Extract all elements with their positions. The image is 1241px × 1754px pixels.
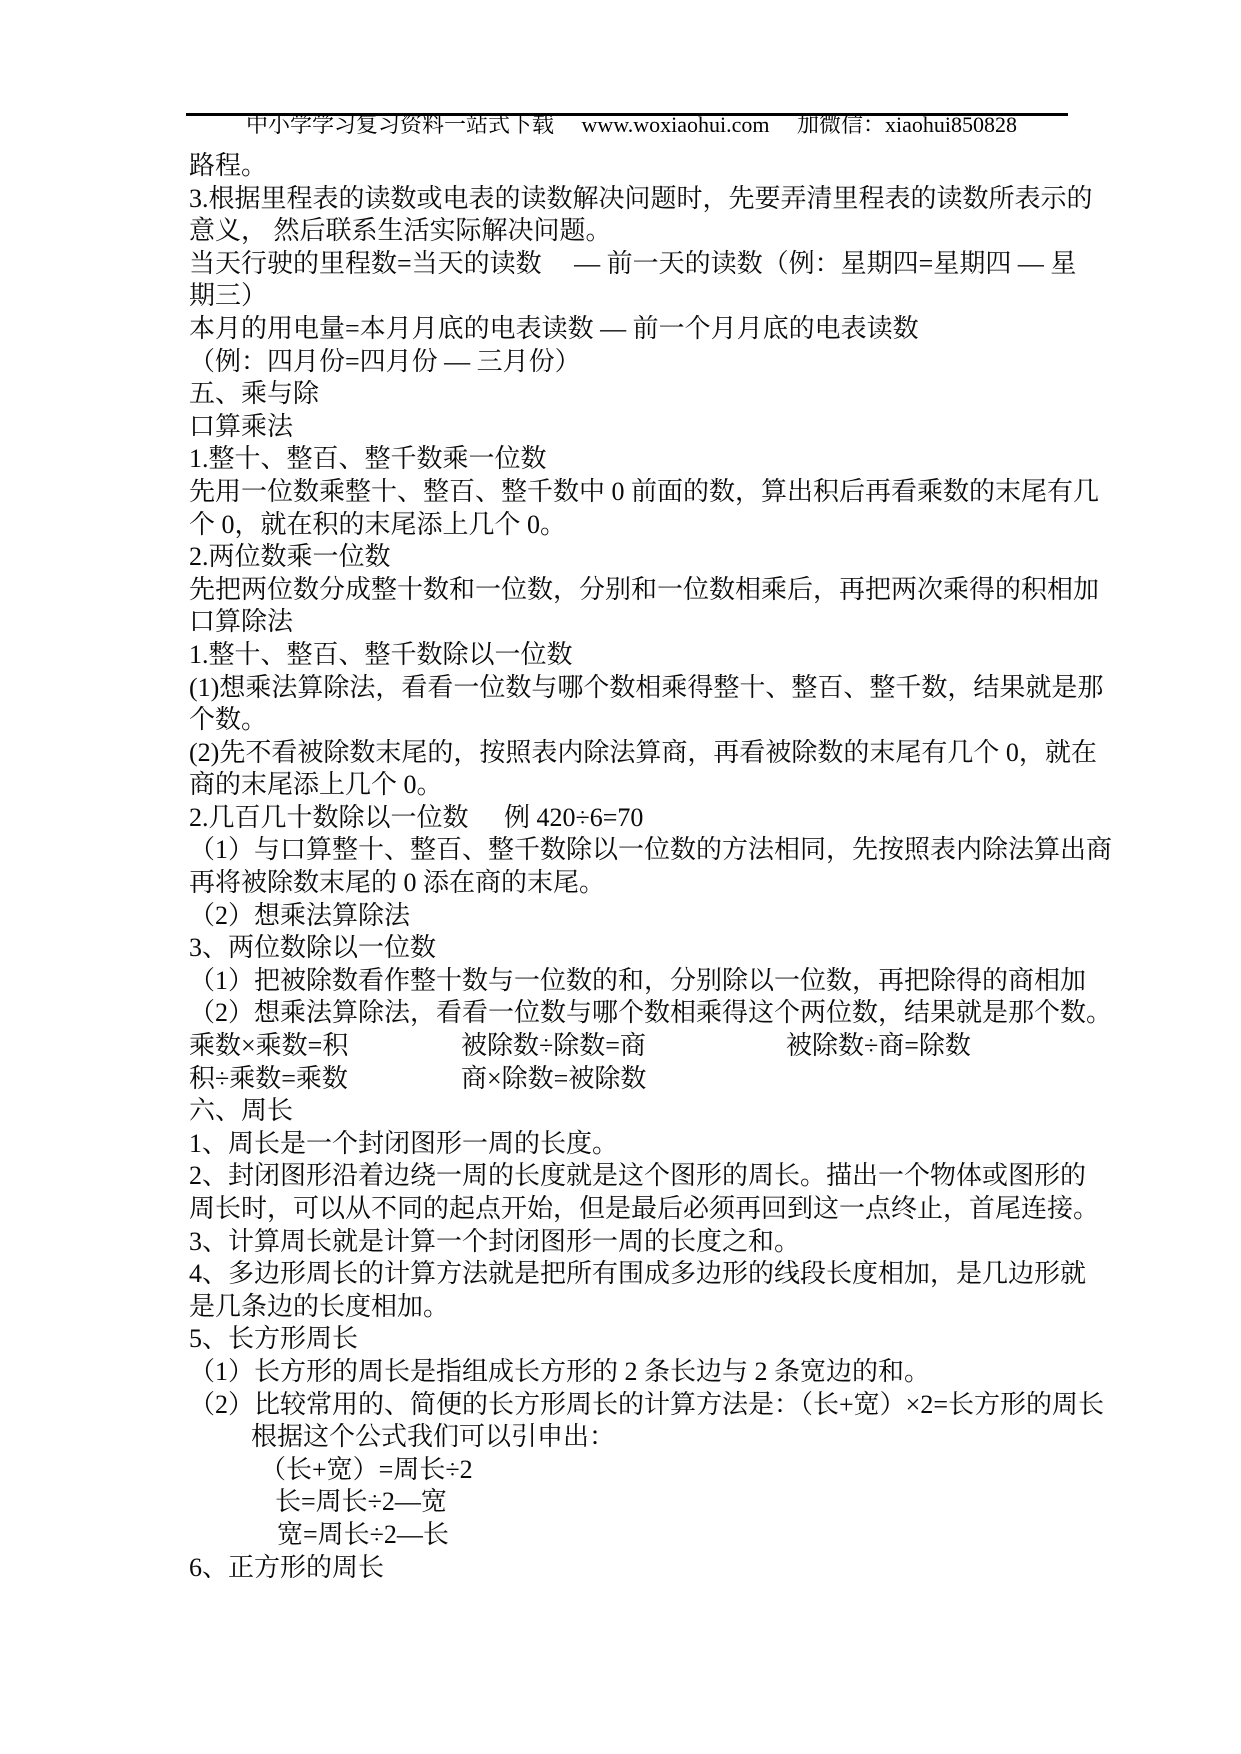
- text-line: （长+宽）=周长÷2: [189, 1454, 1109, 1487]
- text-line: 长=周长÷2—宽: [189, 1486, 1109, 1519]
- text-line: 再将被除数末尾的 0 添在商的末尾。: [189, 867, 1109, 900]
- text-line: 3、两位数除以一位数: [189, 932, 1109, 965]
- text-line: 当天行驶的里程数=当天的读数 — 前一天的读数（例：星期四=星期四 — 星: [189, 248, 1109, 281]
- text-segment: 商×除数=被除数: [461, 1063, 646, 1096]
- text-line: 6、正方形的周长: [189, 1552, 1109, 1585]
- text-line: 4、多边形周长的计算方法就是把所有围成多边形的线段长度相加，是几边形就: [189, 1258, 1109, 1291]
- text-line: 周长时，可以从不同的起点开始，但是最后必须再回到这一点终止，首尾连接。: [189, 1193, 1109, 1226]
- text-line: （1）长方形的周长是指组成长方形的 2 条长边与 2 条宽边的和。: [189, 1356, 1109, 1389]
- text-line: 商的末尾添上几个 0。: [189, 769, 1109, 802]
- text-line: (2)先不看被除数末尾的，按照表内除法算商，再看被除数的末尾有几个 0，就在: [189, 737, 1109, 770]
- text-line: 先把两位数分成整十数和一位数，分别和一位数相乘后，再把两次乘得的积相加: [189, 574, 1109, 607]
- text-line: 5、长方形周长: [189, 1323, 1109, 1356]
- text-line: （1）与口算整十、整百、整千数除以一位数的方法相同，先按照表内除法算出商: [189, 834, 1109, 867]
- text-line: （1）把被除数看作整十数与一位数的和，分别除以一位数，再把除得的商相加: [189, 965, 1109, 998]
- text-line: 六、周长: [189, 1095, 1109, 1128]
- text-line: 五、乘与除: [189, 378, 1109, 411]
- text-segment: 2.几百几十数除以一位数: [189, 802, 469, 835]
- text-line: （2）想乘法算除法，看看一位数与哪个数相乘得这个两位数，结果就是那个数。: [189, 997, 1109, 1030]
- text-line: （2）想乘法算除法: [189, 900, 1109, 933]
- text-line: 积÷乘数=乘数商×除数=被除数: [189, 1063, 1109, 1096]
- document-body: 路程。3.根据里程表的读数或电表的读数解决问题时，先要弄清里程表的读数所表示的意…: [189, 150, 1109, 1584]
- text-line: （例：四月份=四月份 — 三月份）: [189, 346, 1109, 379]
- text-line: 根据这个公式我们可以引申出：: [189, 1421, 1109, 1454]
- text-line: 口算乘法: [189, 411, 1109, 444]
- text-line: 3.根据里程表的读数或电表的读数解决问题时，先要弄清里程表的读数所表示的: [189, 183, 1109, 216]
- text-line: （2）比较常用的、简便的长方形周长的计算方法是：（长+宽）×2=长方形的周长: [189, 1389, 1109, 1422]
- text-line: 1.整十、整百、整千数乘一位数: [189, 443, 1109, 476]
- text-segment: 例 420÷6=70: [504, 802, 643, 835]
- text-line: 3、计算周长就是计算一个封闭图形一周的长度之和。: [189, 1226, 1109, 1259]
- document-page: 中小学学习复习资料一站式下载 www.woxiaohui.com 加微信：xia…: [0, 0, 1241, 1754]
- text-line: 先用一位数乘整十、整百、整千数中 0 前面的数，算出积后再看乘数的末尾有几: [189, 476, 1109, 509]
- text-line: 是几条边的长度相加。: [189, 1291, 1109, 1324]
- text-line: 1.整十、整百、整千数除以一位数: [189, 639, 1109, 672]
- text-line: 2.几百几十数除以一位数例 420÷6=70: [189, 802, 1109, 835]
- text-line: 意义， 然后联系生活实际解决问题。: [189, 215, 1109, 248]
- text-line: 2.两位数乘一位数: [189, 541, 1109, 574]
- text-line: 1、周长是一个封闭图形一周的长度。: [189, 1128, 1109, 1161]
- text-line: 乘数×乘数=积被除数÷除数=商被除数÷商=除数: [189, 1030, 1109, 1063]
- text-segment: 被除数÷除数=商: [461, 1030, 646, 1063]
- text-segment: 乘数×乘数=积: [189, 1030, 348, 1063]
- text-line: (1)想乘法算除法，看看一位数与哪个数相乘得整十、整百、整千数，结果就是那: [189, 672, 1109, 705]
- text-line: 个数。: [189, 704, 1109, 737]
- text-line: 个 0，就在积的末尾添上几个 0。: [189, 509, 1109, 542]
- text-line: 口算除法: [189, 606, 1109, 639]
- text-line: 本月的用电量=本月月底的电表读数 — 前一个月月底的电表读数: [189, 313, 1109, 346]
- text-line: 路程。: [189, 150, 1109, 183]
- text-segment: 被除数÷商=除数: [786, 1030, 971, 1063]
- text-line: 2、封闭图形沿着边绕一周的长度就是这个图形的周长。描出一个物体或图形的: [189, 1160, 1109, 1193]
- text-segment: 积÷乘数=乘数: [189, 1063, 348, 1096]
- text-line: 期三）: [189, 280, 1109, 313]
- text-line: 宽=周长÷2—长: [189, 1519, 1109, 1552]
- header-divider: [186, 113, 1068, 116]
